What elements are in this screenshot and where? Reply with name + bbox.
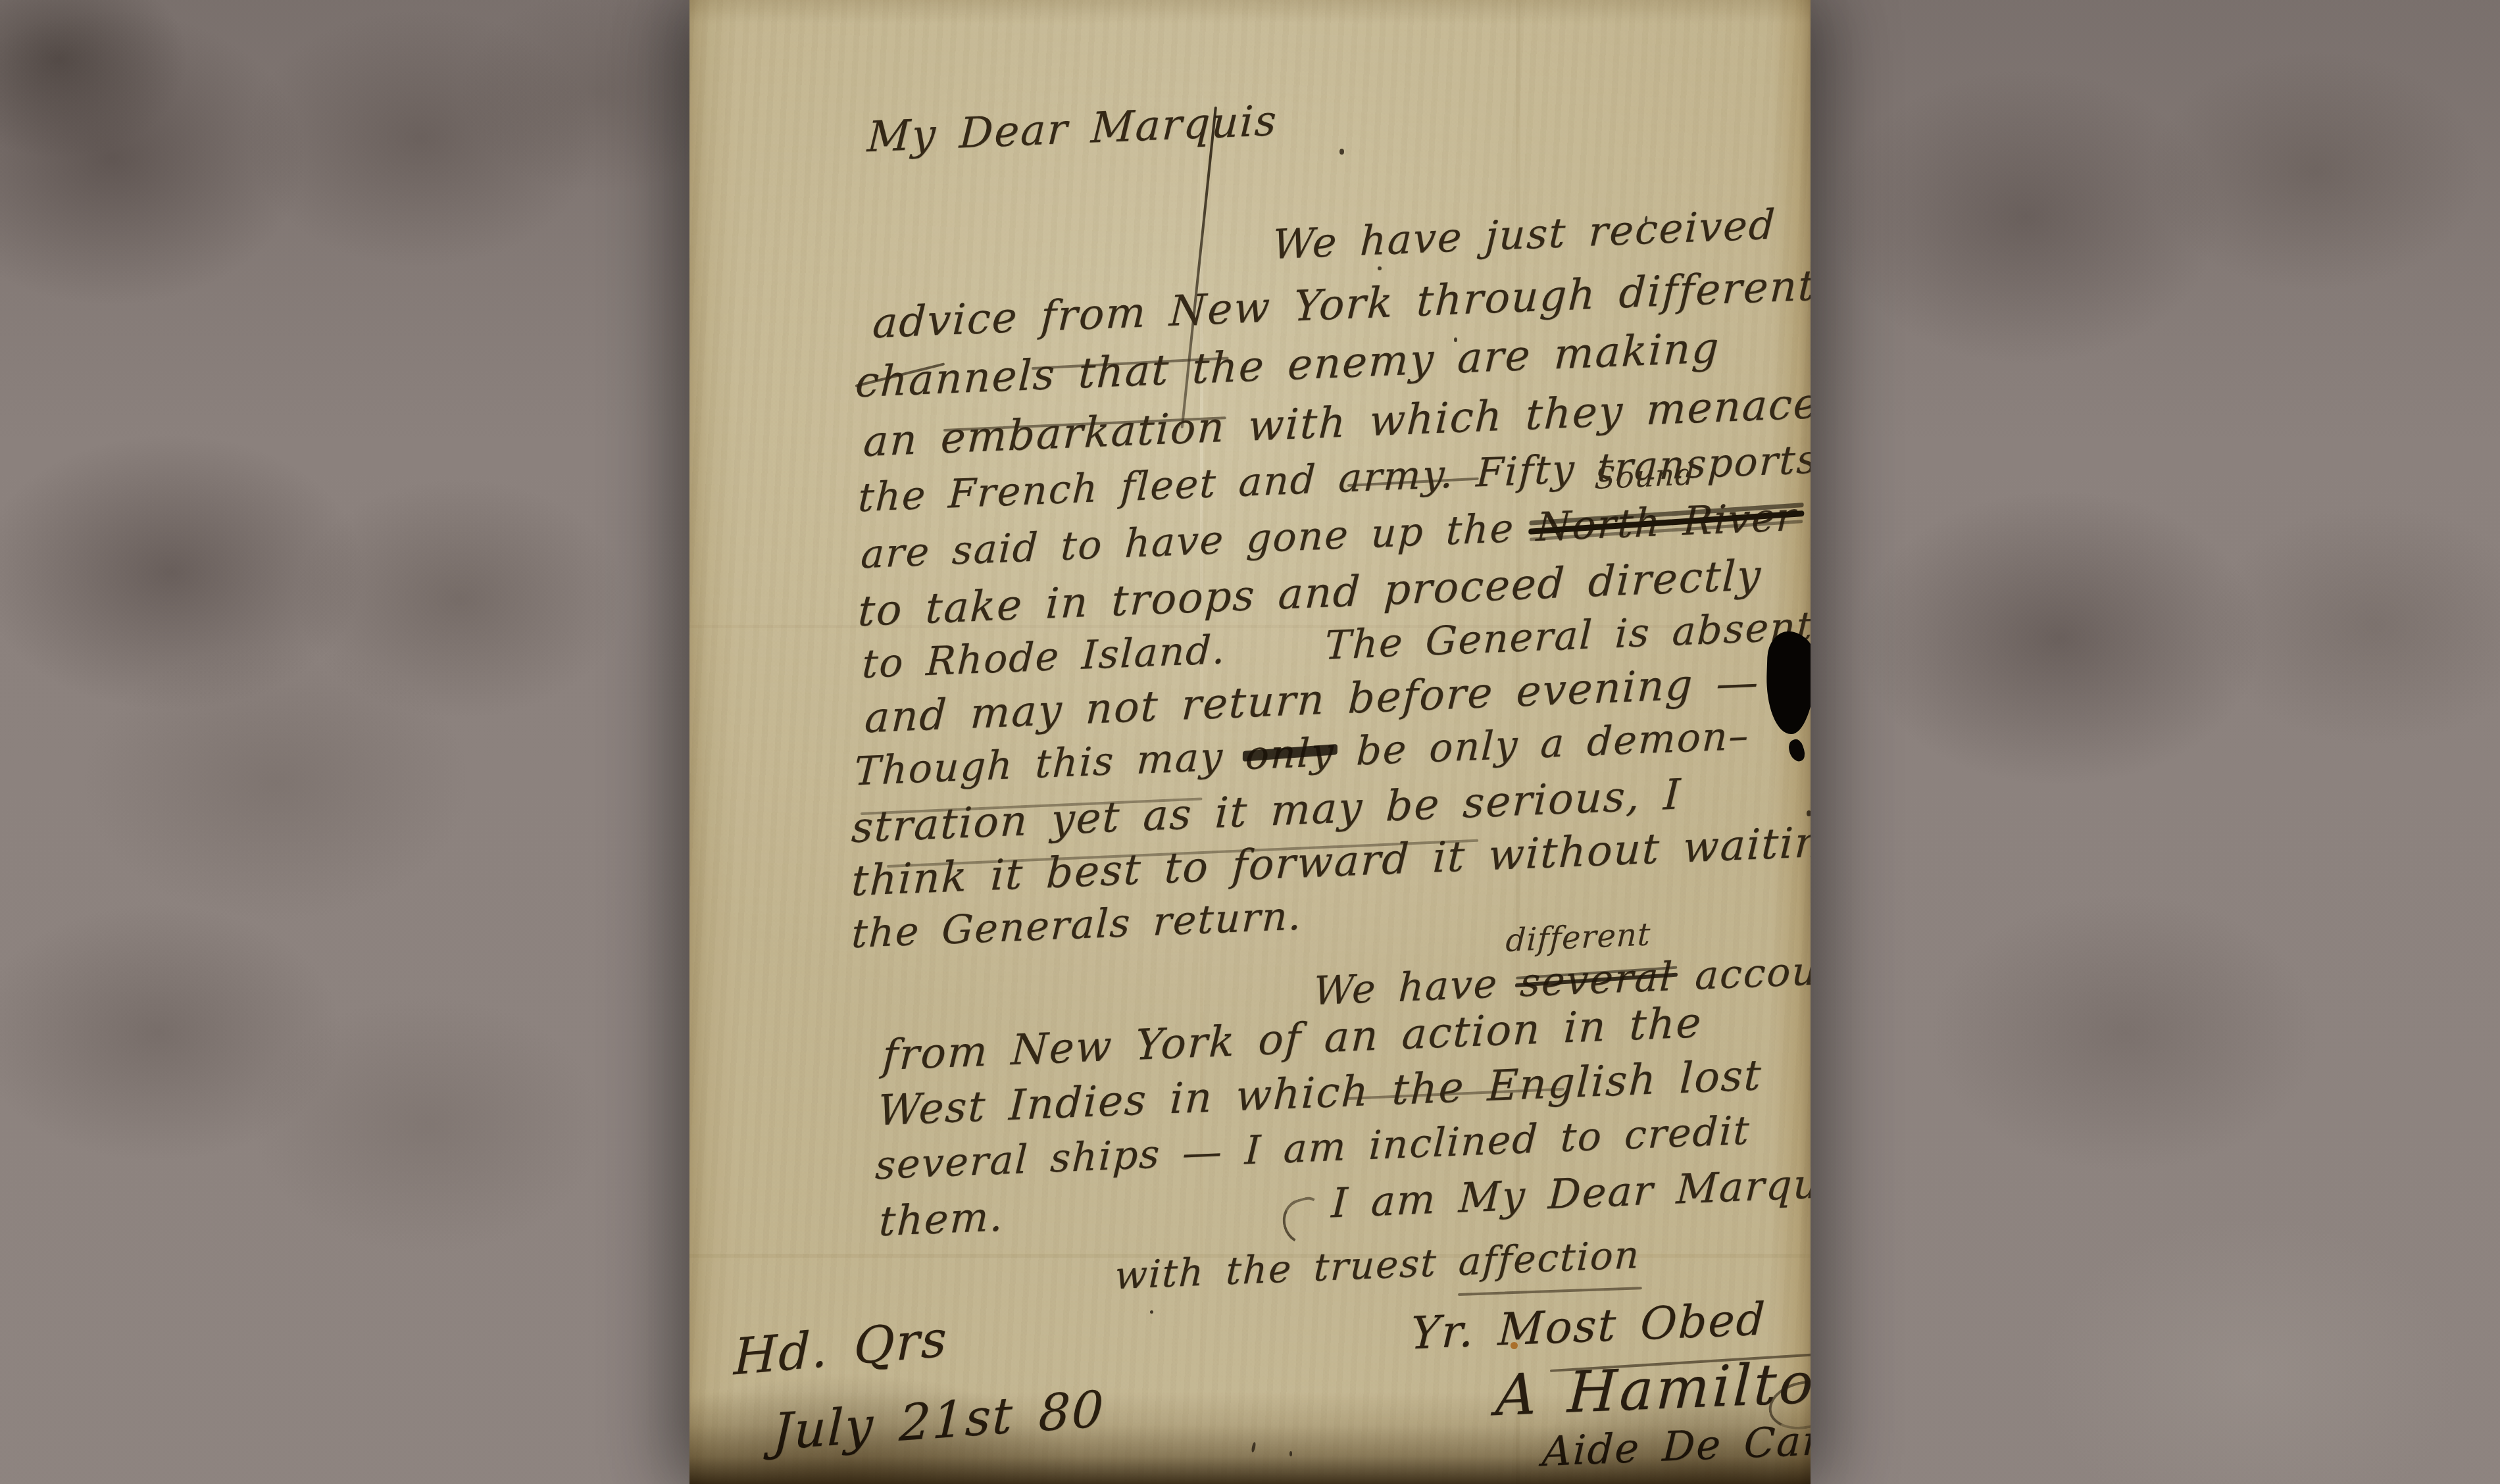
wax-speck [1511,1342,1518,1349]
line-text: accounts [1672,945,1811,1000]
ink-speck [1150,1310,1153,1314]
closing-line: with the truest affection [1114,1232,1641,1298]
line-text: to Rhode Island. [861,627,1228,687]
closing-line: Yr. Most Obed [1409,1293,1767,1360]
pen-stroke [1458,1287,1642,1296]
ink-speck [1339,149,1344,155]
ink-blot [1764,631,1811,735]
letter-line: We have just received [1272,200,1778,268]
line-text: We have [1312,960,1521,1014]
line-text: be only a demon– [1334,712,1751,776]
dateline-place: Hd. Qrs [733,1309,948,1387]
viewer-background: My Dear Marquis We have just received ad… [0,0,2500,1484]
ink-blot-small [1786,737,1807,763]
struck-text: North River [1536,494,1798,551]
line-text: I am My Dear Marquis [1330,1158,1811,1227]
struck-text: only [1244,730,1336,779]
letter-page: My Dear Marquis We have just received ad… [689,0,1811,1484]
ink-speck [1378,266,1382,270]
struck-text: several [1519,954,1674,1006]
ink-speck [1454,337,1457,342]
line-text: Though this may [853,733,1247,795]
signature: A Hamilton [1494,1348,1811,1429]
dateline-date: July 21st 80 [772,1379,1106,1462]
ink-speck [1807,810,1811,816]
ink-speck [1251,1442,1256,1453]
ink-speck [1289,1451,1292,1456]
line-text: them. [878,1192,1005,1245]
inserted-word-different: different [1505,916,1652,959]
inserted-word-sound: Sound [1594,456,1696,496]
